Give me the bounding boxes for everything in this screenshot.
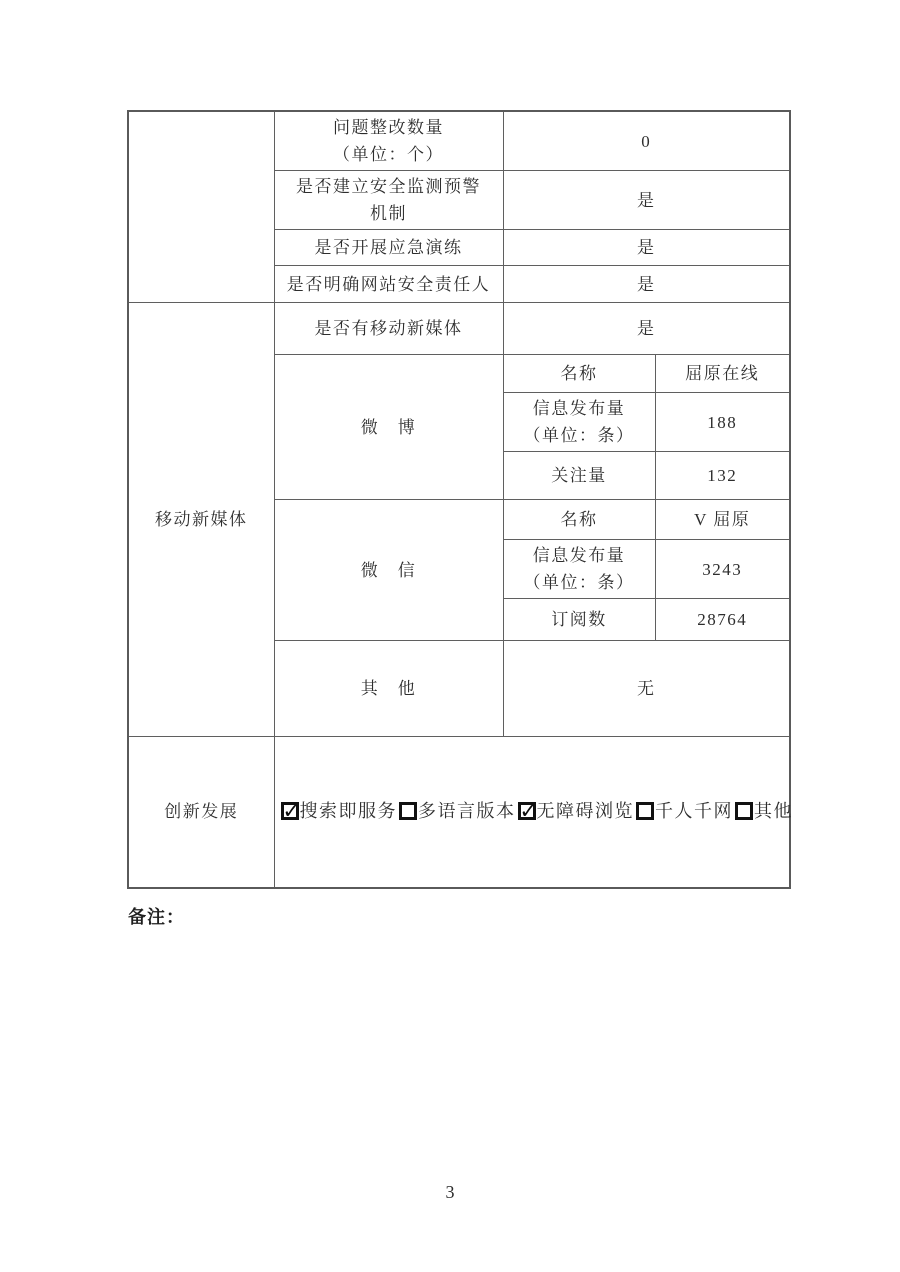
label-other-media: 其 他 [274, 641, 503, 737]
value-emergency-drill: 是 [503, 230, 790, 266]
value-weibo-followers: 132 [655, 452, 790, 500]
value-security-responsible-person: 是 [503, 266, 790, 303]
checkbox-other-icon[interactable] [735, 802, 753, 820]
value-weibo-posts: 188 [655, 393, 790, 452]
checkbox-multilingual-icon[interactable] [399, 802, 417, 820]
checkbox-thousand-sites-icon[interactable] [636, 802, 654, 820]
option-label-search-as-service: 搜索即服务 [300, 801, 398, 821]
option-label-other: 其他 [754, 801, 793, 821]
label-line: 是否建立安全监测预警 [279, 173, 499, 200]
label-weibo-followers: 关注量 [503, 452, 655, 500]
label-line: 问题整改数量 [279, 114, 499, 141]
value-issue-rectification-count: 0 [503, 111, 790, 171]
label-emergency-drill: 是否开展应急演练 [274, 230, 503, 266]
label-line: 机制 [279, 200, 499, 227]
label-wechat-posts: 信息发布量 （单位：条） [503, 540, 655, 599]
label-security-responsible-person: 是否明确网站安全责任人 [274, 266, 503, 303]
label-weibo: 微 博 [274, 355, 503, 500]
innovation-options-cell: 搜索即服务多语言版本无障碍浏览千人千网其他 [274, 737, 790, 888]
category-cell-empty [128, 111, 274, 303]
notes-label: 备注： [128, 903, 185, 929]
option-label-thousand-sites: 千人千网 [655, 801, 733, 821]
label-line: （单位：条） [508, 569, 651, 596]
page-number: 3 [0, 1182, 900, 1203]
label-wechat-subscribers: 订阅数 [503, 599, 655, 641]
label-wechat-name: 名称 [503, 500, 655, 540]
checkbox-accessibility-icon[interactable] [518, 802, 536, 820]
report-page: 问题整改数量 （单位：个） 0 是否建立安全监测预警 机制 是 是否开展应急演练… [0, 0, 900, 1272]
category-cell-innovation: 创新发展 [128, 737, 274, 888]
label-line: 信息发布量 [508, 542, 651, 569]
label-security-monitoring-mechanism: 是否建立安全监测预警 机制 [274, 171, 503, 230]
value-has-mobile-media: 是 [503, 303, 790, 355]
innovation-options-line: 搜索即服务多语言版本无障碍浏览千人千网其他 [279, 801, 794, 821]
value-weibo-name: 屈原在线 [655, 355, 790, 393]
label-has-mobile-media: 是否有移动新媒体 [274, 303, 503, 355]
label-line: （单位：条） [508, 422, 651, 449]
value-security-monitoring-mechanism: 是 [503, 171, 790, 230]
option-label-accessibility: 无障碍浏览 [537, 801, 635, 821]
value-wechat-name: V 屈原 [655, 500, 790, 540]
category-cell-mobile-media: 移动新媒体 [128, 303, 274, 737]
annual-report-table: 问题整改数量 （单位：个） 0 是否建立安全监测预警 机制 是 是否开展应急演练… [127, 110, 791, 889]
label-wechat: 微 信 [274, 500, 503, 641]
checkbox-search-as-service-icon[interactable] [281, 802, 299, 820]
value-other-media: 无 [503, 641, 790, 737]
value-wechat-subscribers: 28764 [655, 599, 790, 641]
label-weibo-posts: 信息发布量 （单位：条） [503, 393, 655, 452]
label-weibo-name: 名称 [503, 355, 655, 393]
label-line: 信息发布量 [508, 395, 651, 422]
option-label-multilingual: 多语言版本 [418, 801, 516, 821]
label-issue-rectification-count: 问题整改数量 （单位：个） [274, 111, 503, 171]
label-line: （单位：个） [279, 141, 499, 168]
value-wechat-posts: 3243 [655, 540, 790, 599]
